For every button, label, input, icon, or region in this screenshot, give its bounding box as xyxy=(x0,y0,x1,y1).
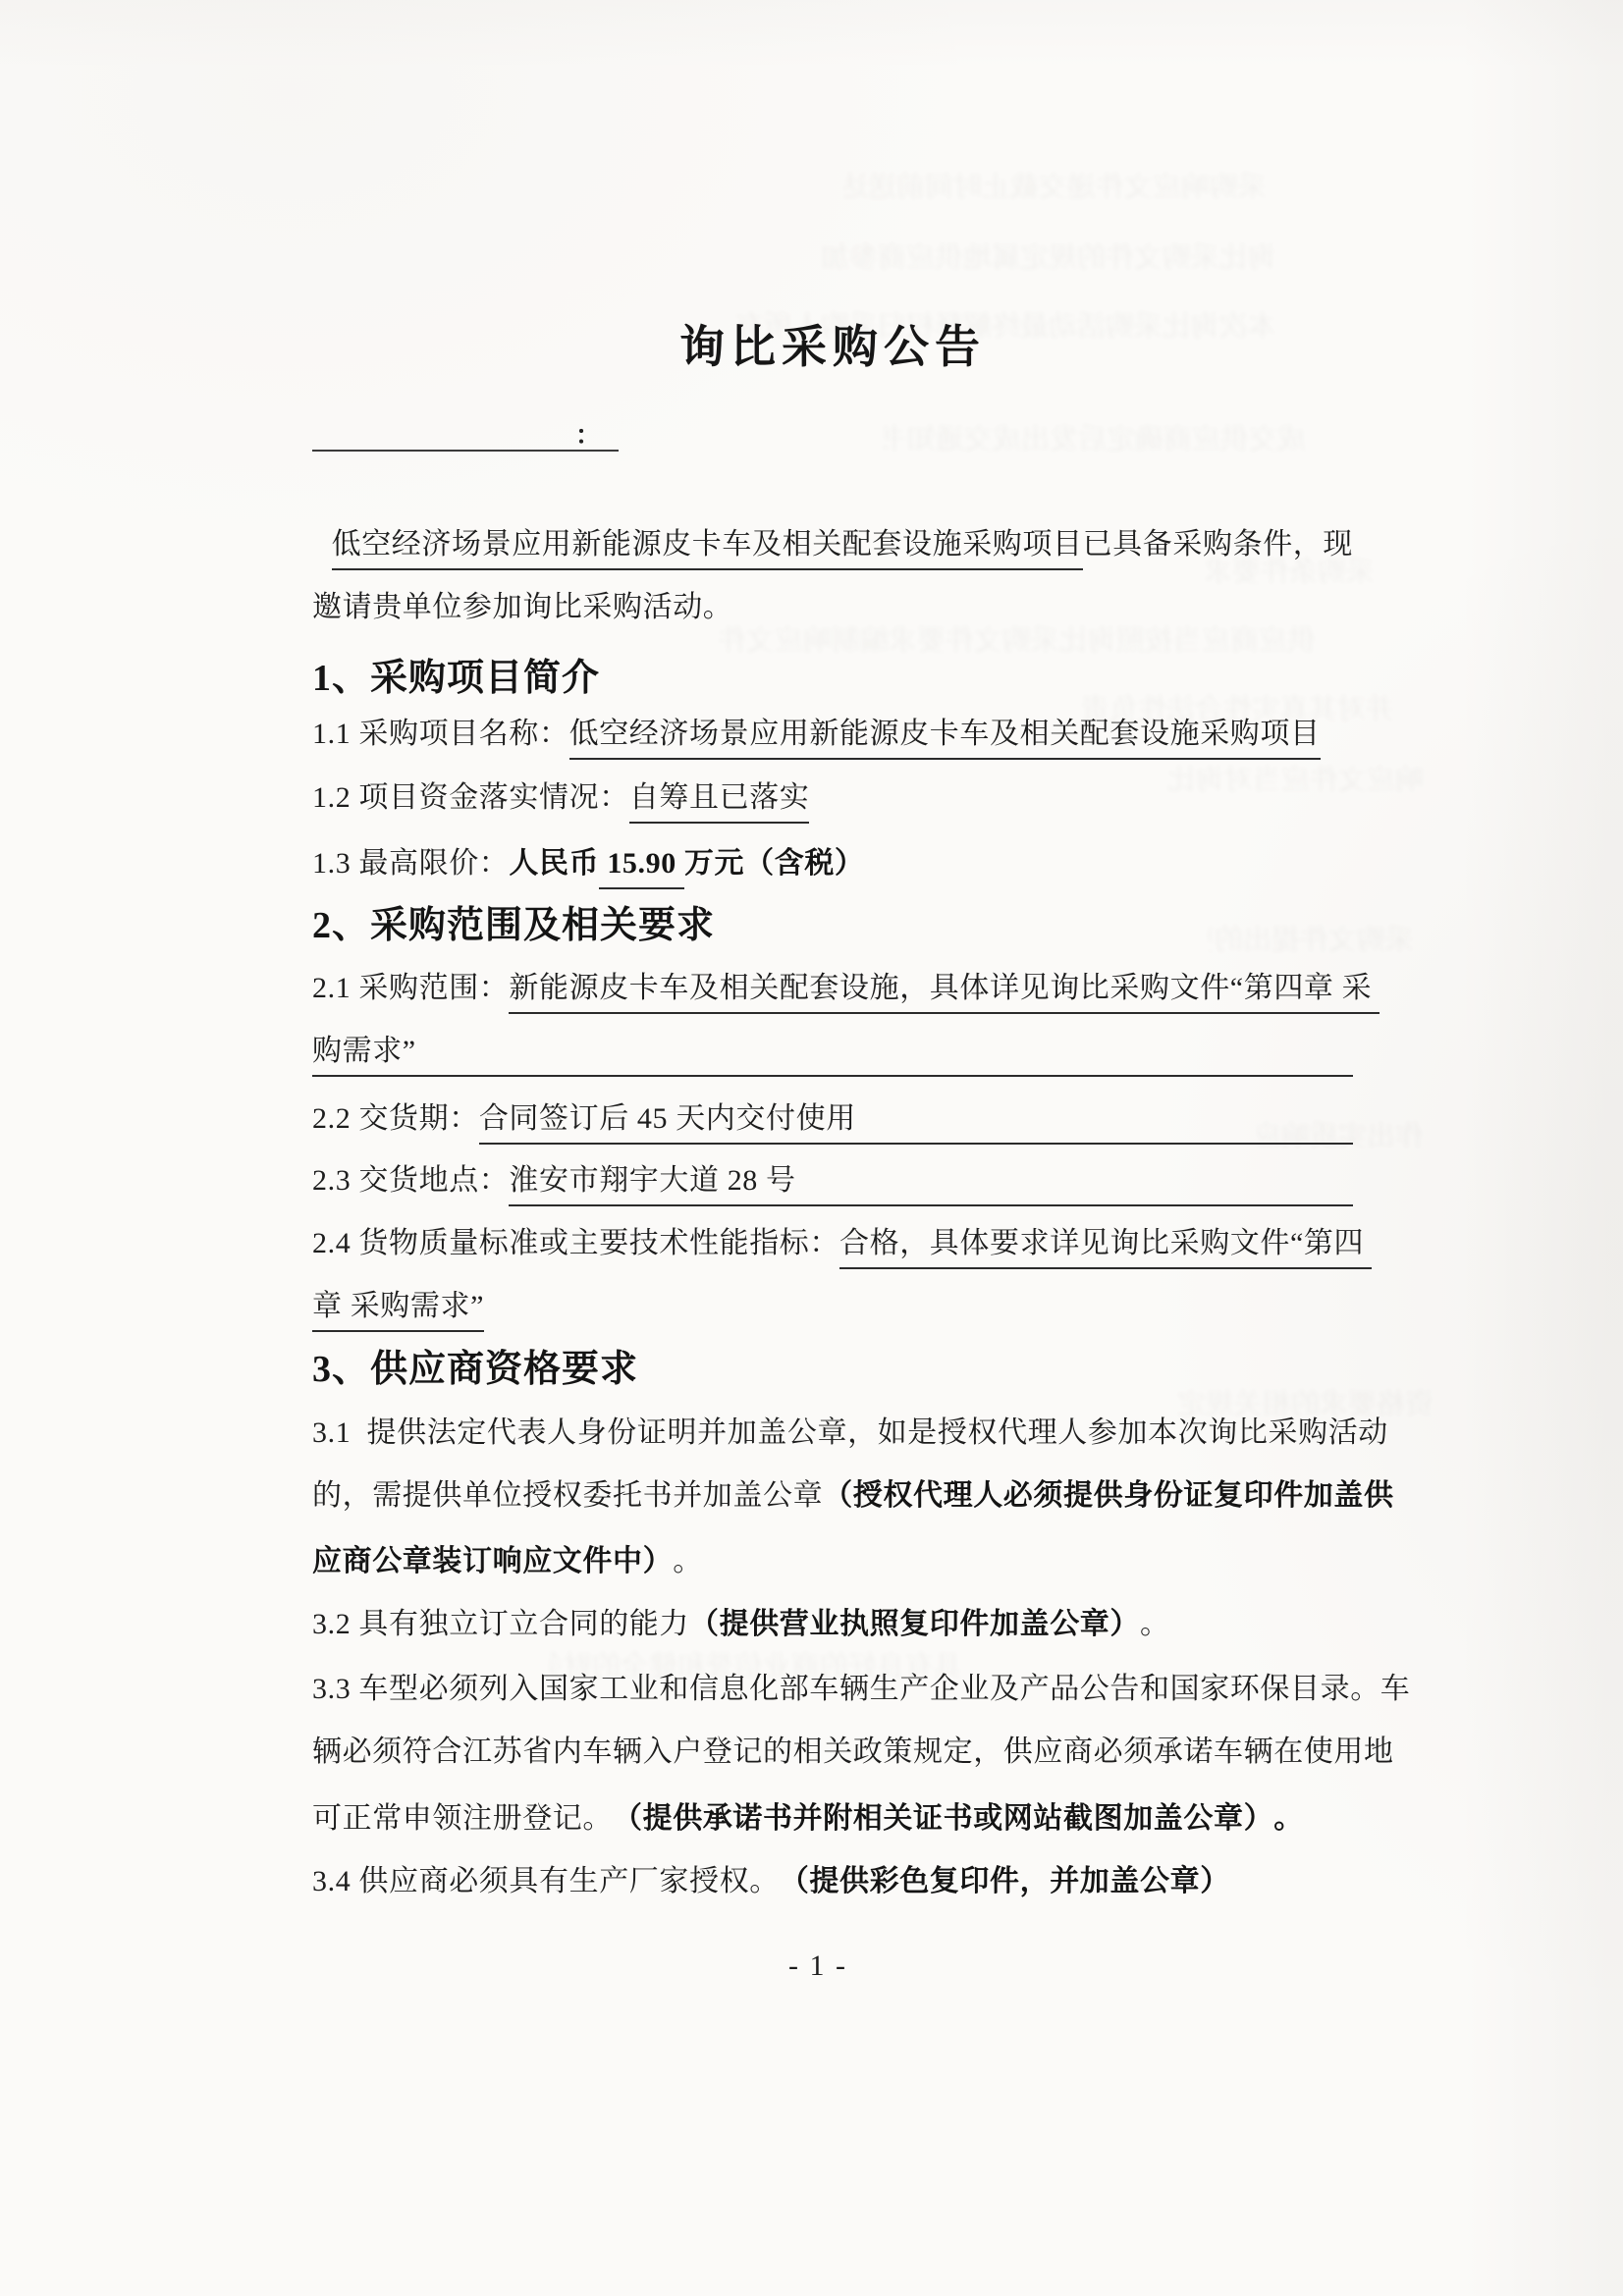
text-segment: 2.2 交货期： xyxy=(312,1100,479,1138)
text-segment: 1、采购项目简介 xyxy=(312,656,600,703)
page-number: - 1 - xyxy=(312,1949,1324,1983)
text-segment: 合同签订后 45 天内交付使用 xyxy=(479,1100,856,1145)
text-segment: （提供承诺书并附相关证书或网站截图加盖公章） xyxy=(613,1800,1273,1838)
text-segment: 合格，具体要求详见询比采购文件“第四 xyxy=(839,1225,1364,1269)
section-3-heading: 3、供应商资格要求 xyxy=(312,1347,1353,1394)
item-2-2: 2.2 交货期：合同签订后 45 天内交付使用 xyxy=(312,1100,1353,1145)
ruled-blank-extension xyxy=(1372,970,1380,1014)
section-1-heading: 1、采购项目简介 xyxy=(312,656,1353,703)
text-segment: 。 xyxy=(1273,1800,1304,1838)
text-segment: 低空经济场景应用新能源皮卡车及相关配套设施采购项目 xyxy=(569,716,1321,760)
text-segment: 2.1 采购范围： xyxy=(312,970,509,1007)
text-segment: （授权代理人必须提供身份证复印件加盖供 xyxy=(823,1477,1393,1515)
text-segment: 自筹且已落实 xyxy=(629,779,810,824)
text-segment: 可正常申领注册登记。 xyxy=(312,1800,613,1838)
text-segment: 。 xyxy=(673,1543,703,1580)
item-2-4-cont: 章 采购需求” xyxy=(312,1288,1353,1332)
text-segment: 购需求” xyxy=(312,1033,416,1077)
bleedthrough-ghost-text: 采购响应文件递交截止时间前送达 xyxy=(844,165,1267,205)
item-3-1-cont-2: 应商公章装订响应文件中）。 xyxy=(312,1543,1353,1580)
text-segment: 1.1 采购项目名称： xyxy=(312,716,569,753)
text-segment: 15.90 xyxy=(599,845,684,889)
text-segment: 低空经济场景应用新能源皮卡车及相关配套设施采购项目 xyxy=(332,526,1083,570)
ruled-blank-extension xyxy=(1364,1225,1372,1269)
item-3-2: 3.2 具有独立订立合同的能力（提供营业执照复印件加盖公章）。 xyxy=(312,1606,1353,1643)
text-segment: 新能源皮卡车及相关配套设施，具体详见询比采购文件“第四章 采 xyxy=(509,970,1372,1014)
bleedthrough-ghost-text: 询比采购文件的规定属地供应商参加 xyxy=(815,236,1276,276)
text-segment: 。 xyxy=(1140,1606,1170,1643)
ruled-blank-extension xyxy=(856,1100,1353,1145)
text-segment: 万元（含税） xyxy=(684,845,865,882)
bleedthrough-ghost-text: 成交供应商确定后发出成交通知书 xyxy=(884,417,1306,457)
text-segment: 章 采购需求” xyxy=(312,1288,484,1332)
blank-underline-field: ： xyxy=(312,416,619,452)
text-segment: 淮安市翔宇大道 28 号 xyxy=(509,1162,795,1206)
item-2-1-cont: 购需求” xyxy=(312,1033,1353,1077)
blank-field-colon: ： xyxy=(575,421,601,450)
scanned-document-page: 采购响应文件递交截止时间前送达询比采购文件的规定属地供应商参加本次询比采购活动最… xyxy=(0,0,1623,2296)
item-2-3: 2.3 交货地点：淮安市翔宇大道 28 号 xyxy=(312,1162,1353,1206)
item-3-1: 3.1 提供法定代表人身份证明并加盖公章，如是授权代理人参加本次询比采购活动 xyxy=(312,1415,1353,1452)
text-segment: 1.2 项目资金落实情况： xyxy=(312,779,629,817)
text-segment: 2、采购范围及相关要求 xyxy=(312,903,715,950)
text-segment: 应商公章装订响应文件中） xyxy=(312,1543,673,1580)
text-segment: 人民币 xyxy=(509,845,599,882)
text-segment: 1.3 最高限价： xyxy=(312,845,509,882)
text-segment: （提供彩色复印件，并加盖公章） xyxy=(780,1863,1230,1900)
text-segment: 3.4 供应商必须具有生产厂家授权。 xyxy=(312,1863,780,1900)
text-segment: 3.3 车型必须列入国家工业和信息化部车辆生产企业及产品公告和国家环保目录。车 xyxy=(312,1671,1410,1708)
text-segment: 的，需提供单位授权委托书并加盖公章 xyxy=(312,1477,823,1515)
text-segment: 2.3 交货地点： xyxy=(312,1162,509,1200)
text-segment: 辆必须符合江苏省内车辆入户登记的相关政策规定，供应商必须承诺车辆在使用地 xyxy=(312,1734,1394,1771)
text-segment: （提供营业执照复印件加盖公章） xyxy=(689,1606,1140,1643)
item-3-4: 3.4 供应商必须具有生产厂家授权。（提供彩色复印件，并加盖公章） xyxy=(312,1863,1353,1900)
text-segment: 3.1 提供法定代表人身份证明并加盖公章，如是授权代理人参加本次询比采购活动 xyxy=(312,1415,1388,1452)
intro-line-2: 邀请贵单位参加询比采购活动。 xyxy=(312,589,1353,626)
intro-line-1: 低空经济场景应用新能源皮卡车及相关配套设施采购项目已具备采购条件，现 xyxy=(312,526,1353,570)
text-segment: 3、供应商资格要求 xyxy=(312,1347,638,1394)
text-segment: 3.2 具有独立订立合同的能力 xyxy=(312,1606,689,1643)
item-2-1: 2.1 采购范围：新能源皮卡车及相关配套设施，具体详见询比采购文件“第四章 采 xyxy=(312,970,1353,1014)
text-segment: 2.4 货物质量标准或主要技术性能指标： xyxy=(312,1225,839,1262)
ruled-blank-extension xyxy=(796,1162,1353,1206)
text-segment: 已具备采购条件，现 xyxy=(1083,526,1353,563)
ruled-blank-extension xyxy=(416,1033,1353,1077)
document-title: 询比采购公告 xyxy=(312,311,1353,376)
item-3-3: 3.3 车型必须列入国家工业和信息化部车辆生产企业及产品公告和国家环保目录。车 xyxy=(312,1671,1353,1708)
text-segment: 邀请贵单位参加询比采购活动。 xyxy=(312,589,732,626)
item-3-3-cont-1: 辆必须符合江苏省内车辆入户登记的相关政策规定，供应商必须承诺车辆在使用地 xyxy=(312,1734,1353,1771)
item-3-1-cont-1: 的，需提供单位授权委托书并加盖公章（授权代理人必须提供身份证复印件加盖供 xyxy=(312,1477,1353,1515)
section-2-heading: 2、采购范围及相关要求 xyxy=(312,903,1353,950)
item-1-3: 1.3 最高限价：人民币 15.90 万元（含税） xyxy=(312,845,1353,889)
item-1-2: 1.2 项目资金落实情况：自筹且已落实 xyxy=(312,779,1353,824)
item-3-3-cont-2: 可正常申领注册登记。（提供承诺书并附相关证书或网站截图加盖公章）。 xyxy=(312,1800,1353,1838)
item-2-4: 2.4 货物质量标准或主要技术性能指标：合格，具体要求详见询比采购文件“第四 xyxy=(312,1225,1353,1269)
item-1-1: 1.1 采购项目名称：低空经济场景应用新能源皮卡车及相关配套设施采购项目 xyxy=(312,716,1353,760)
